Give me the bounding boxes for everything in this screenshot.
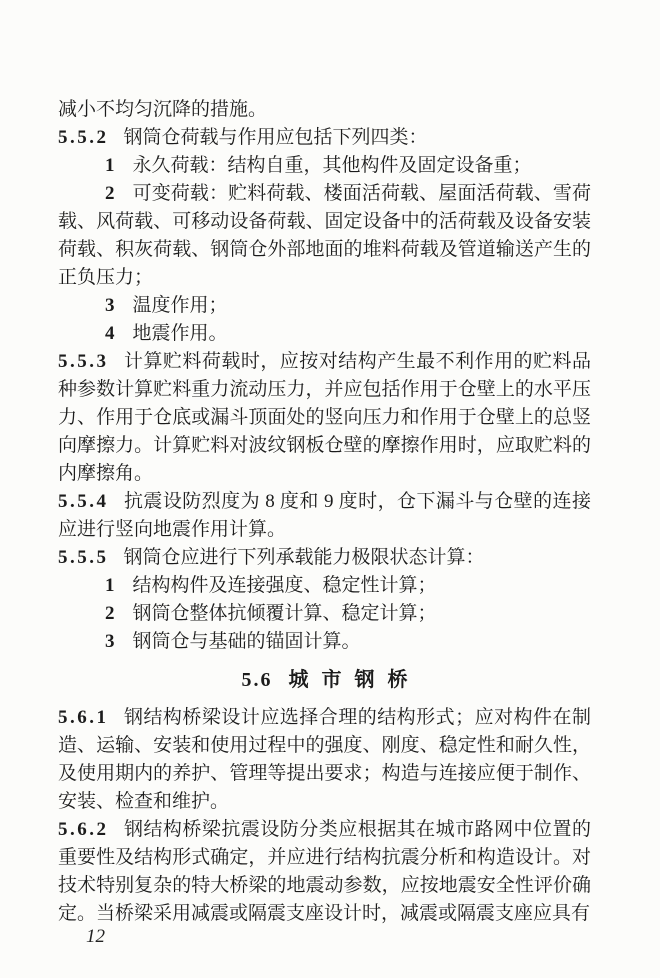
page-number: 12: [86, 926, 105, 948]
item-text: 钢筒仓整体抗倾覆计算、稳定计算；: [133, 603, 437, 624]
clause-5-5-4: 5.5.4抗震设防烈度为 8 度和 9 度时，仓下漏斗与仓壁的连接应进行竖向地震…: [58, 488, 591, 544]
page-content: 减小不均匀沉降的措施。 5.5.2钢筒仓荷载与作用应包括下列四类： 1永久荷载：…: [58, 96, 591, 928]
clause-text: 钢筒仓应进行下列承载能力极限状态计算：: [124, 547, 485, 568]
list-item-2: 2钢筒仓整体抗倾覆计算、稳定计算；: [58, 600, 591, 628]
list-item-2: 2可变荷载：贮料荷载、楼面活荷载、屋面活荷载、雪荷载、风荷载、可移动设备荷载、固…: [58, 180, 591, 292]
item-text: 温度作用；: [133, 295, 228, 316]
document-page: 减小不均匀沉降的措施。 5.5.2钢筒仓荷载与作用应包括下列四类： 1永久荷载：…: [0, 0, 660, 978]
clause-text: 抗震设防烈度为 8 度和 9 度时，仓下漏斗与仓壁的连接应进行竖向地震作用计算。: [58, 491, 591, 540]
list-item-1: 1永久荷载：结构自重，其他构件及固定设备重；: [58, 152, 591, 180]
section-number: 5.6: [242, 669, 273, 691]
section-heading: 5.6城市钢桥: [58, 666, 591, 694]
item-number: 1: [105, 575, 115, 596]
item-number: 3: [105, 631, 115, 652]
clause-number: 5.6.1: [58, 707, 109, 728]
item-number: 2: [105, 183, 115, 204]
item-number: 1: [105, 155, 115, 176]
item-text: 可变荷载：贮料荷载、楼面活荷载、屋面活荷载、雪荷载、风荷载、可移动设备荷载、固定…: [58, 183, 591, 288]
section-title: 城市钢桥: [289, 669, 421, 691]
clause-5-5-3: 5.5.3计算贮料荷载时，应按对结构产生最不利作用的贮料品种参数计算贮料重力流动…: [58, 348, 591, 488]
clause-5-5-2: 5.5.2钢筒仓荷载与作用应包括下列四类：: [58, 124, 591, 152]
clause-text: 钢结构桥梁抗震设防分类应根据其在城市路网中位置的重要性及结构形式确定，并应进行结…: [58, 819, 591, 924]
item-number: 3: [105, 295, 115, 316]
item-number: 4: [105, 323, 115, 344]
paragraph-text: 减小不均匀沉降的措施。: [58, 99, 267, 120]
item-text: 钢筒仓与基础的锚固计算。: [133, 631, 361, 652]
clause-5-5-5: 5.5.5钢筒仓应进行下列承载能力极限状态计算：: [58, 544, 591, 572]
clause-number: 5.6.2: [58, 819, 109, 840]
item-text: 永久荷载：结构自重，其他构件及固定设备重；: [133, 155, 532, 176]
clause-number: 5.5.2: [58, 127, 109, 148]
list-item-4: 4地震作用。: [58, 320, 591, 348]
item-number: 2: [105, 603, 115, 624]
list-item-3: 3钢筒仓与基础的锚固计算。: [58, 628, 591, 656]
clause-number: 5.5.3: [58, 351, 109, 372]
clause-number: 5.5.5: [58, 547, 109, 568]
list-item-1: 1结构构件及连接强度、稳定性计算；: [58, 572, 591, 600]
clause-5-6-1: 5.6.1钢结构桥梁设计应选择合理的结构形式；应对构件在制造、运输、安装和使用过…: [58, 704, 591, 816]
clause-5-6-2: 5.6.2钢结构桥梁抗震设防分类应根据其在城市路网中位置的重要性及结构形式确定，…: [58, 816, 591, 928]
paragraph-continuation: 减小不均匀沉降的措施。: [58, 96, 591, 124]
clause-number: 5.5.4: [58, 491, 109, 512]
clause-text: 钢结构桥梁设计应选择合理的结构形式；应对构件在制造、运输、安装和使用过程中的强度…: [58, 707, 591, 812]
list-item-3: 3温度作用；: [58, 292, 591, 320]
item-text: 地震作用。: [133, 323, 228, 344]
clause-text: 钢筒仓荷载与作用应包括下列四类：: [124, 127, 428, 148]
item-text: 结构构件及连接强度、稳定性计算；: [133, 575, 437, 596]
clause-text: 计算贮料荷载时，应按对结构产生最不利作用的贮料品种参数计算贮料重力流动压力，并应…: [58, 351, 591, 484]
